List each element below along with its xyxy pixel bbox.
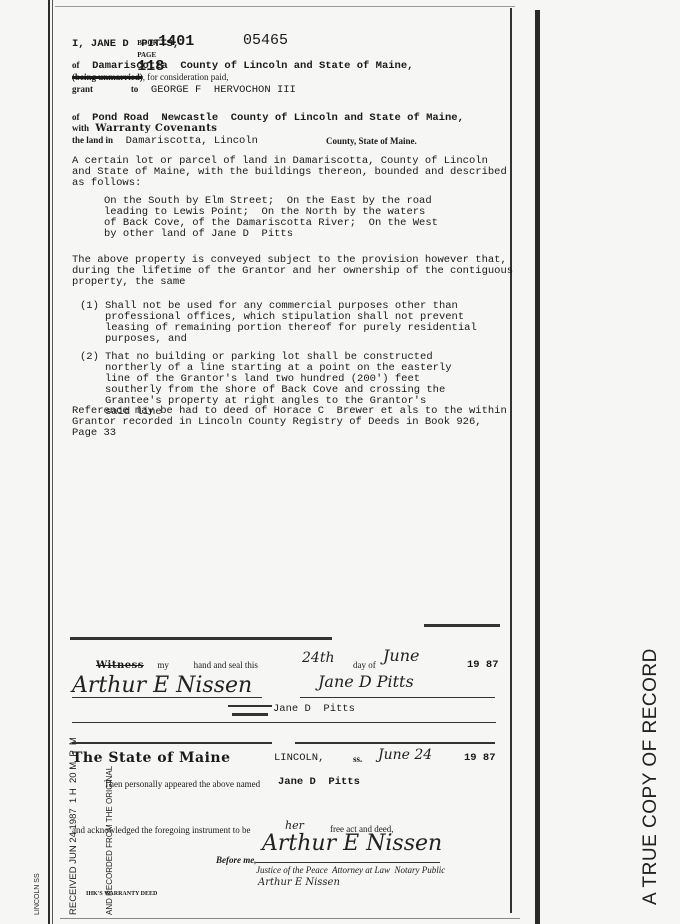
ack-year: 19 87: [464, 752, 496, 764]
ack-date: June 24: [378, 749, 432, 761]
right-border: [510, 8, 512, 913]
appeared-person: Jane D Pitts: [278, 776, 360, 788]
officer-printed-name: Arthur E Nissen: [258, 877, 340, 889]
ack-top-rule-right: [295, 742, 495, 744]
officer-signature: Arthur E Nissen: [262, 838, 442, 850]
grantor-signature: Jane D Pitts: [318, 676, 414, 688]
struck-husband-label: [232, 713, 268, 716]
ss-label: ss.: [353, 753, 362, 765]
grantor-line: I, JANE D PITTS,: [72, 38, 179, 50]
land-in-line: the land in Damariscotta, Lincoln: [72, 134, 258, 147]
struck-text-left: [70, 637, 332, 640]
land-location: Damariscotta, Lincoln: [126, 135, 258, 147]
of-label: of: [72, 60, 80, 70]
grant-line: grant to GEORGE F HERVOCHON III: [72, 83, 296, 96]
officer-signature-line: [256, 862, 440, 863]
received-county: LINCOLN SS: [32, 737, 44, 915]
struck-wife-label: [228, 705, 272, 707]
my-label: my: [157, 660, 169, 670]
grantee-name: GEORGE F HERVOCHON III: [151, 84, 296, 96]
consideration-line: (being unmarried), for consideration pai…: [72, 71, 228, 83]
provision-line: purposes, and: [105, 333, 187, 345]
reference-line: Page 33: [72, 427, 116, 439]
bound-line: by other land of Jane D Pitts: [104, 228, 293, 240]
deed-page: BOOK1401 PAGE 118 I, JANE D PITTS, 05465…: [0, 0, 680, 924]
officer-title: Justice of the Peace Attorney at Law Not…: [256, 864, 445, 876]
reference-line: Grantor recorded in Lincoln County Regis…: [72, 416, 482, 428]
struck-marital-status: (being unmarried): [72, 72, 143, 82]
witness-word: Witness: [96, 660, 144, 671]
received-date: RECEIVED JUN 24 1987 1 H 20 M P M: [68, 737, 80, 915]
grant-label: grant: [72, 84, 93, 94]
witness-month: June: [383, 650, 420, 662]
recorded-label: AND RECORDED FROM THE ORIGINAL: [104, 737, 116, 915]
struck-text-right: [424, 624, 500, 627]
covenants-text: Warranty Covenants: [95, 123, 217, 134]
witness-year: 19 87: [467, 659, 499, 671]
county-name: LINCOLN,: [274, 752, 324, 764]
received-stamp: LINCOLN SS RECEIVED JUN 24 1987 1 H 20 M…: [8, 737, 140, 915]
land-in-label: the land in: [72, 135, 113, 145]
grantor-signature-line: [300, 697, 495, 698]
signature-section-rule: [72, 722, 496, 723]
binding-edge: [535, 10, 540, 924]
witness-signature: Arthur E Nissen: [72, 680, 252, 692]
witness-signature-line: [72, 697, 262, 698]
of-label: of: [72, 112, 80, 122]
witness-line: Witness my hand and seal this: [96, 659, 258, 672]
before-me-label: Before me,: [216, 854, 257, 866]
provision-intro-line: property, the same: [72, 276, 185, 288]
county-state-label: County, State of Maine.: [326, 135, 417, 147]
to-label: to: [131, 84, 139, 94]
consideration-text: , for consideration paid,: [143, 72, 229, 82]
with-label: with: [72, 123, 89, 133]
page-bottom-edge: [60, 918, 520, 919]
attest-stamp: A TRUE COPY OF RECORD ATTEST Rebecca M. …: [604, 606, 680, 905]
day-of-label: day of: [353, 659, 376, 671]
provision-number: (2): [80, 351, 99, 363]
witness-day: 24th: [302, 652, 334, 664]
provision-number: (1): [80, 300, 99, 312]
page-top-edge: [55, 6, 515, 7]
hand-seal-label: hand and seal this: [194, 660, 258, 670]
grantor-typed-name: Jane D Pitts: [273, 703, 355, 715]
document-number: 05465: [243, 35, 288, 47]
description-line: as follows:: [72, 177, 141, 189]
true-copy-label: A TRUE COPY OF RECORD: [640, 606, 662, 905]
